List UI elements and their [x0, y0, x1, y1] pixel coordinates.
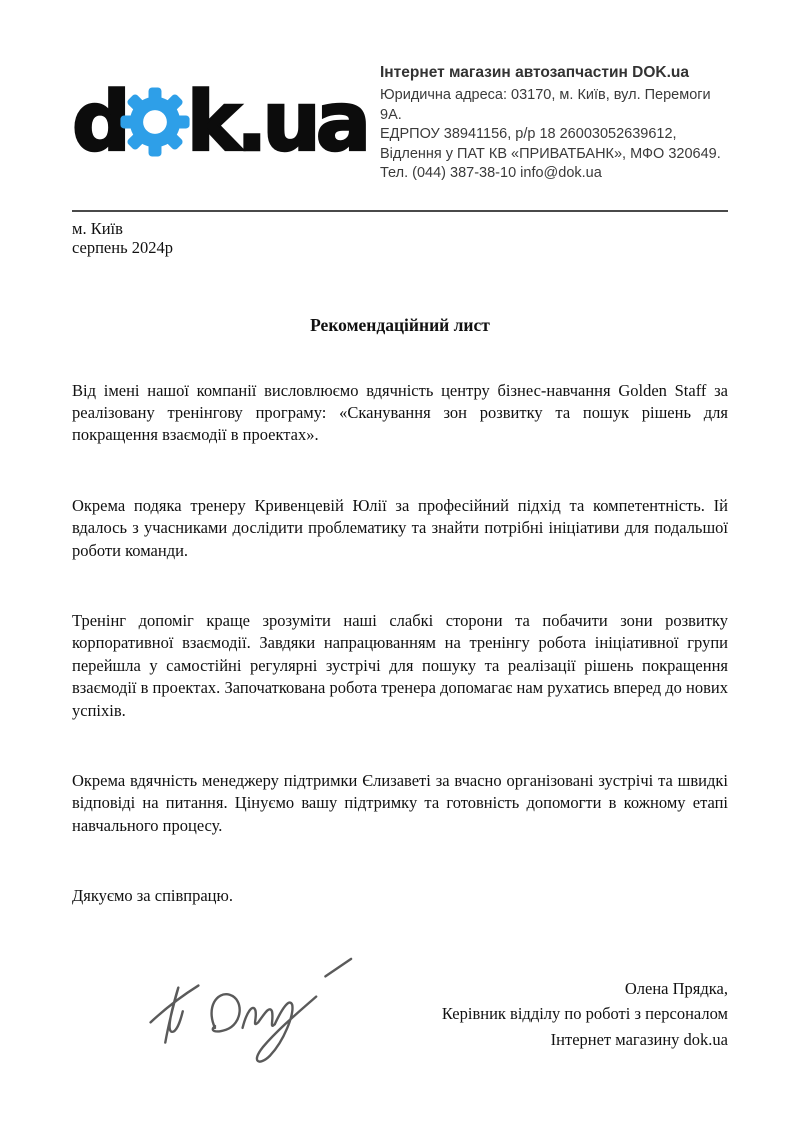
handwritten-signature [134, 950, 364, 1085]
company-info-block: Інтернет магазин автозапчастин DOK.ua Юр… [380, 58, 728, 184]
letter-body: Від імені нашої компанії висловлюємо вдя… [72, 380, 728, 908]
signature-section: Олена Прядка, Керівник відділу по роботі… [72, 948, 728, 1098]
signoff-org: Інтернет магазину dok.ua [442, 1027, 728, 1053]
paragraph-gratitude-goldenstaff: Від імені нашої компанії висловлюємо вдя… [72, 380, 728, 447]
letter-page: d k.ua [0, 0, 800, 1132]
logo-text-d: d [72, 92, 126, 154]
signoff-role: Керівник відділу по роботі з персоналом [442, 1001, 728, 1027]
logo-text-kua: k.ua [187, 92, 366, 154]
company-name: Інтернет магазин автозапчастин DOK.ua [380, 64, 728, 82]
gear-icon [119, 86, 191, 161]
closing-line: Дякуємо за співпрацю. [72, 885, 728, 907]
company-contacts: Тел. (044) 387-38-10 info@dok.ua [380, 164, 728, 184]
company-registration: ЕДРПОУ 38941156, р/р 18 26003052639612, [380, 125, 728, 145]
signoff-name: Олена Прядка, [442, 976, 728, 1002]
signoff-block: Олена Прядка, Керівник відділу по роботі… [442, 976, 728, 1053]
letterhead: d k.ua [72, 58, 728, 184]
paragraph-trainer-thanks: Окрема подяка тренеру Кривенцевій Юлії з… [72, 495, 728, 562]
paragraph-training-results: Тренінг допоміг краще зрозуміти наші сла… [72, 610, 728, 722]
company-bank: Відлення у ПАТ КВ «ПРИВАТБАНК», МФО 3206… [380, 145, 728, 165]
header-divider [72, 210, 728, 212]
page-title: Рекомендаційний лист [72, 315, 728, 336]
paragraph-manager-thanks: Окрема вдячність менеджеру підтримки Єли… [72, 770, 728, 837]
dok-ua-logo: d k.ua [72, 86, 366, 154]
company-address: Юридична адреса: 03170, м. Київ, вул. Пе… [380, 86, 728, 125]
letter-date: серпень 2024р [72, 238, 728, 257]
letter-city: м. Київ [72, 219, 728, 238]
place-date-block: м. Київ серпень 2024р [72, 219, 728, 257]
